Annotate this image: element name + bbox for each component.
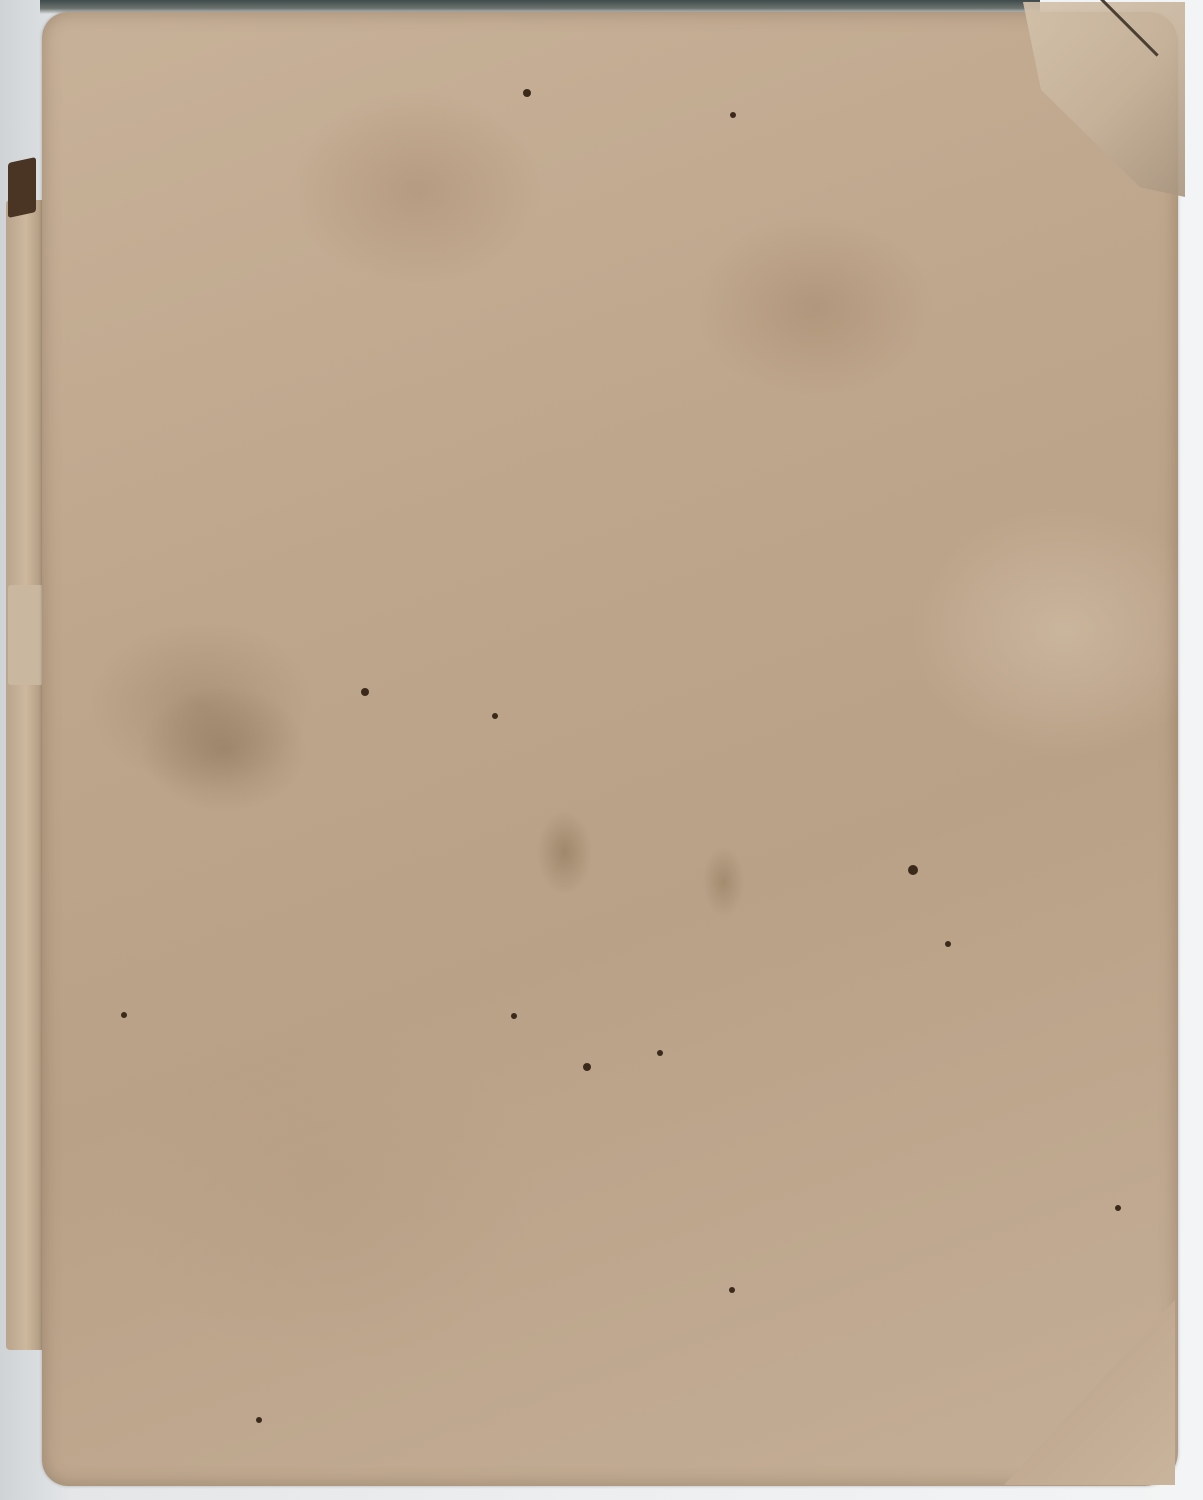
foxing-spot bbox=[730, 112, 736, 118]
foxing-spot bbox=[945, 941, 951, 947]
foxing-spot bbox=[121, 1012, 127, 1018]
foxing-spot bbox=[523, 89, 531, 97]
spine-damage bbox=[8, 157, 36, 218]
foxing-spot bbox=[256, 1417, 262, 1423]
foxing-spot bbox=[511, 1013, 517, 1019]
foxing-spot bbox=[361, 688, 369, 696]
foxing-spot bbox=[657, 1050, 663, 1056]
foxing-spot bbox=[908, 865, 918, 875]
foxing-spot bbox=[1115, 1205, 1121, 1211]
book-spine bbox=[6, 200, 46, 1350]
book-cover bbox=[42, 12, 1178, 1486]
spine-tab bbox=[8, 585, 44, 685]
foxing-spot bbox=[729, 1287, 735, 1293]
foxing-spot bbox=[492, 713, 498, 719]
foxing-spot bbox=[583, 1063, 591, 1071]
